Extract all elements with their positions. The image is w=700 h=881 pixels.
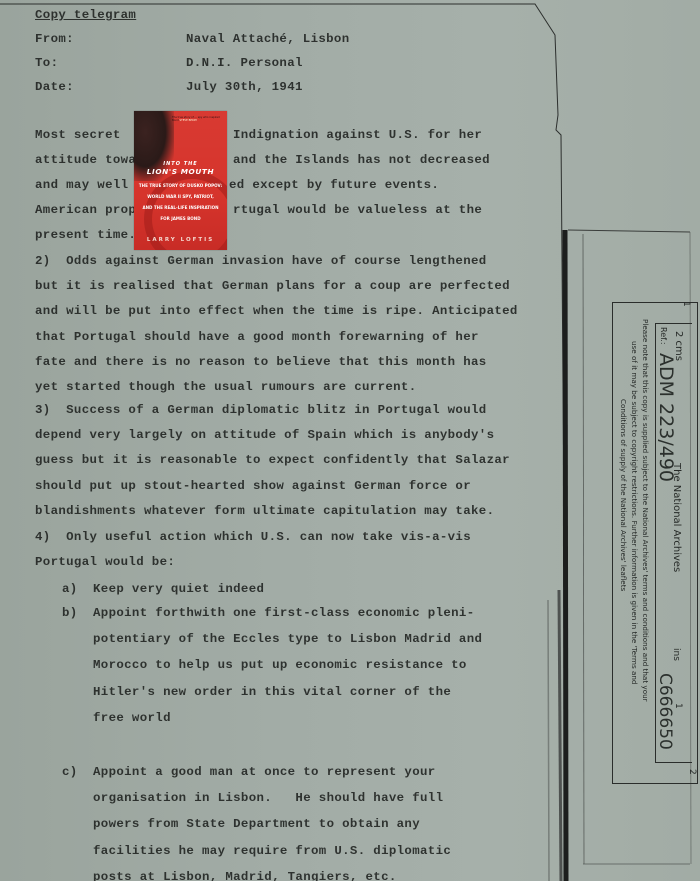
text-line: Most secret [35,128,121,142]
book-title: LION'S MOUTH [134,167,227,176]
book-subtitle-line: FOR JAMES BOND [134,216,227,221]
text-line: rtugal would be valueless at the [233,203,482,217]
archive-notice-line: Please note that this copy is supplied s… [641,319,650,702]
scale-tick-top: 1 [681,301,691,307]
text-line: 3) Success of a German diplomatic blitz … [35,403,487,417]
text-line: 2) Odds against German invasion have of … [35,254,487,268]
document-page: Copy telegram From: Naval Attaché, Lisbo… [0,0,700,881]
list-item-line: powers from State Department to obtain a… [93,817,420,831]
list-item-line: Hitler's new order in this vital corner … [93,685,451,699]
book-cover-blurb: The true story of ... spy who inspired B… [172,116,222,122]
list-item-line: Keep very quiet indeed [93,582,264,596]
text-line: blandishments whatever form ultimate cap… [35,504,494,518]
text-line: American prop [35,203,136,217]
to-label: To: [35,56,58,70]
text-line: present time. [35,228,136,242]
date-value: July 30th, 1941 [186,80,303,94]
list-marker: c) [62,765,78,779]
text-line: attitude towa [35,153,136,167]
text-line: ed except by future events. [229,178,439,192]
to-value: D.N.I. Personal [186,56,303,70]
from-label: From: [35,32,74,46]
text-line: and may well [35,178,128,192]
book-subtitle-line: WORLD WAR II SPY, PATRIOT, [134,194,227,199]
ref-value: ADM 223/490 [655,353,677,482]
archive-notice-line: use of it may be subject to copyright re… [630,341,639,685]
book-author: LARRY LOFTIS [134,237,227,243]
list-marker: a) [62,582,78,596]
list-item-line: organisation in Lisbon. He should have f… [93,791,443,805]
text-line: 4) Only useful action which U.S. can now… [35,530,471,544]
list-item-line: Appoint forthwith one first-class econom… [93,606,475,620]
archive-stamp: 2 cms The National Archives ins 1 2 1 Re… [612,302,698,784]
list-marker: b) [62,606,78,620]
scale-ins-label: ins [671,648,681,661]
scale-tick-2: 2 [687,769,697,775]
text-line: that Portugal should have a good month f… [35,330,479,344]
list-item-line: Morocco to help us put up economic resis… [93,658,467,672]
list-item-line: facilities he may require from U.S. dipl… [93,844,451,858]
from-value: Naval Attaché, Lisbon [186,32,350,46]
list-item-line: potentiary of the Eccles type to Lisbon … [93,632,482,646]
text-line: should put up stout-hearted show against… [35,479,471,493]
text-line: guess but it is reasonable to expect con… [35,453,510,467]
date-label: Date: [35,80,74,94]
list-item-line: free world [93,711,171,725]
text-line: and the Islands has not decreased [233,153,490,167]
text-line: Indignation against U.S. for her [233,128,482,142]
archive-code: C666650 [655,673,675,750]
archive-notice-line: Conditions of supply of the National Arc… [619,399,628,591]
list-item-line: posts at Lisbon, Madrid, Tangiers, etc. [93,870,397,881]
book-subtitle-line: AND THE REAL-LIFE INSPIRATION [134,205,227,210]
list-item-line: Appoint a good man at once to represent … [93,765,436,779]
text-line: and will be put into effect when the tim… [35,304,518,318]
text-line: depend very largely on attitude of Spain… [35,428,494,442]
text-line: yet started though the usual rumours are… [35,380,417,394]
book-cover-overlay: The true story of ... spy who inspired B… [134,111,227,250]
document-title: Copy telegram [35,8,136,22]
text-line: Portugal would be: [35,555,175,569]
text-line: fate and there is no reason to believe t… [35,355,487,369]
book-subtitle-line: THE TRUE STORY OF DUSKO POPOV: [134,183,227,188]
ref-label: Ref.: [659,327,668,345]
text-line: but it is realised that German plans for… [35,279,510,293]
